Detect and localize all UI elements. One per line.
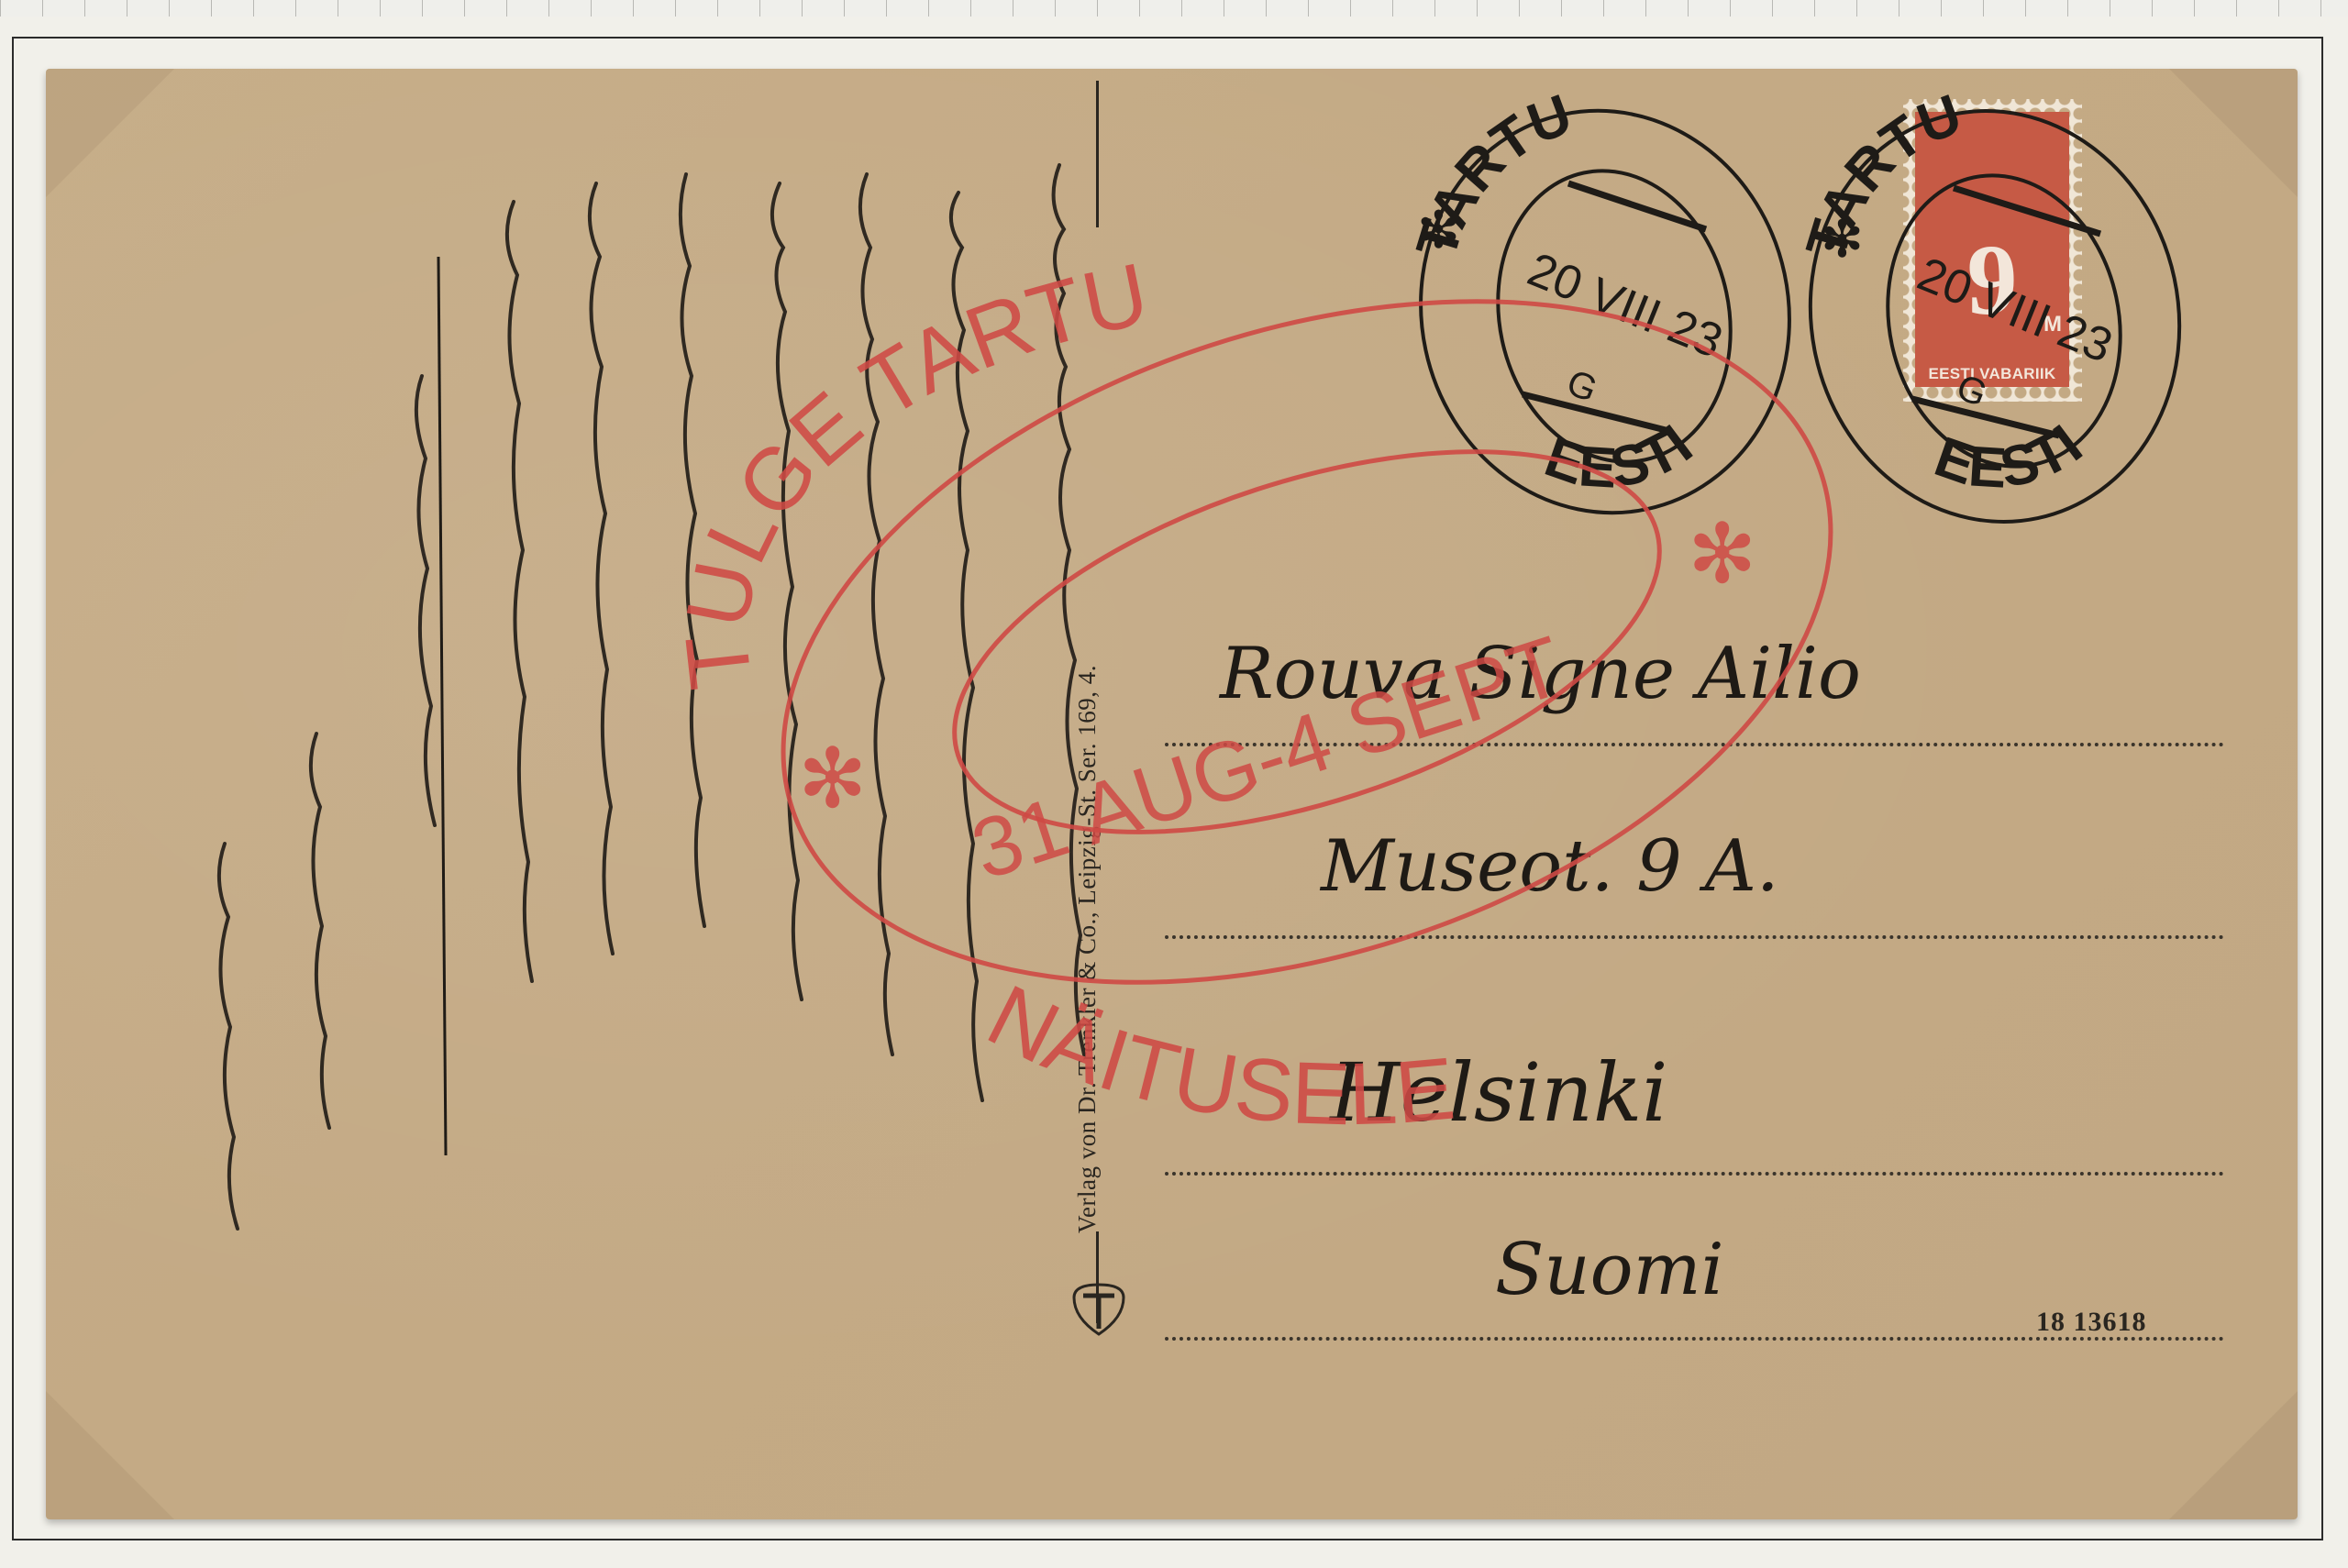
postmark-2-date: 20 VIII 23 (1911, 248, 2120, 373)
cachet-date-text: 31 AUG-4 SEPT (961, 619, 1575, 898)
cancellation-marks: TARTU EESTI 20 VIII 23 G ✻ TARTU EESTI 2… (0, 0, 2348, 1568)
cachet-top-text: TULGE TARTU (668, 245, 1157, 694)
postmark-1-star-icon: ✻ (1417, 201, 1460, 259)
cachet-star-left-icon: ✻ (798, 734, 867, 825)
svg-text:TULGE TARTU: TULGE TARTU (668, 245, 1157, 694)
postmark-2-star-icon: ✻ (1821, 210, 1864, 268)
cachet-star-right-icon: ✻ (1688, 509, 1756, 601)
svg-text:NÄITUSELE: NÄITUSELE (973, 966, 1458, 1144)
cachet-bottom-text: NÄITUSELE (973, 966, 1458, 1144)
exhibition-cachet (696, 178, 1918, 1105)
